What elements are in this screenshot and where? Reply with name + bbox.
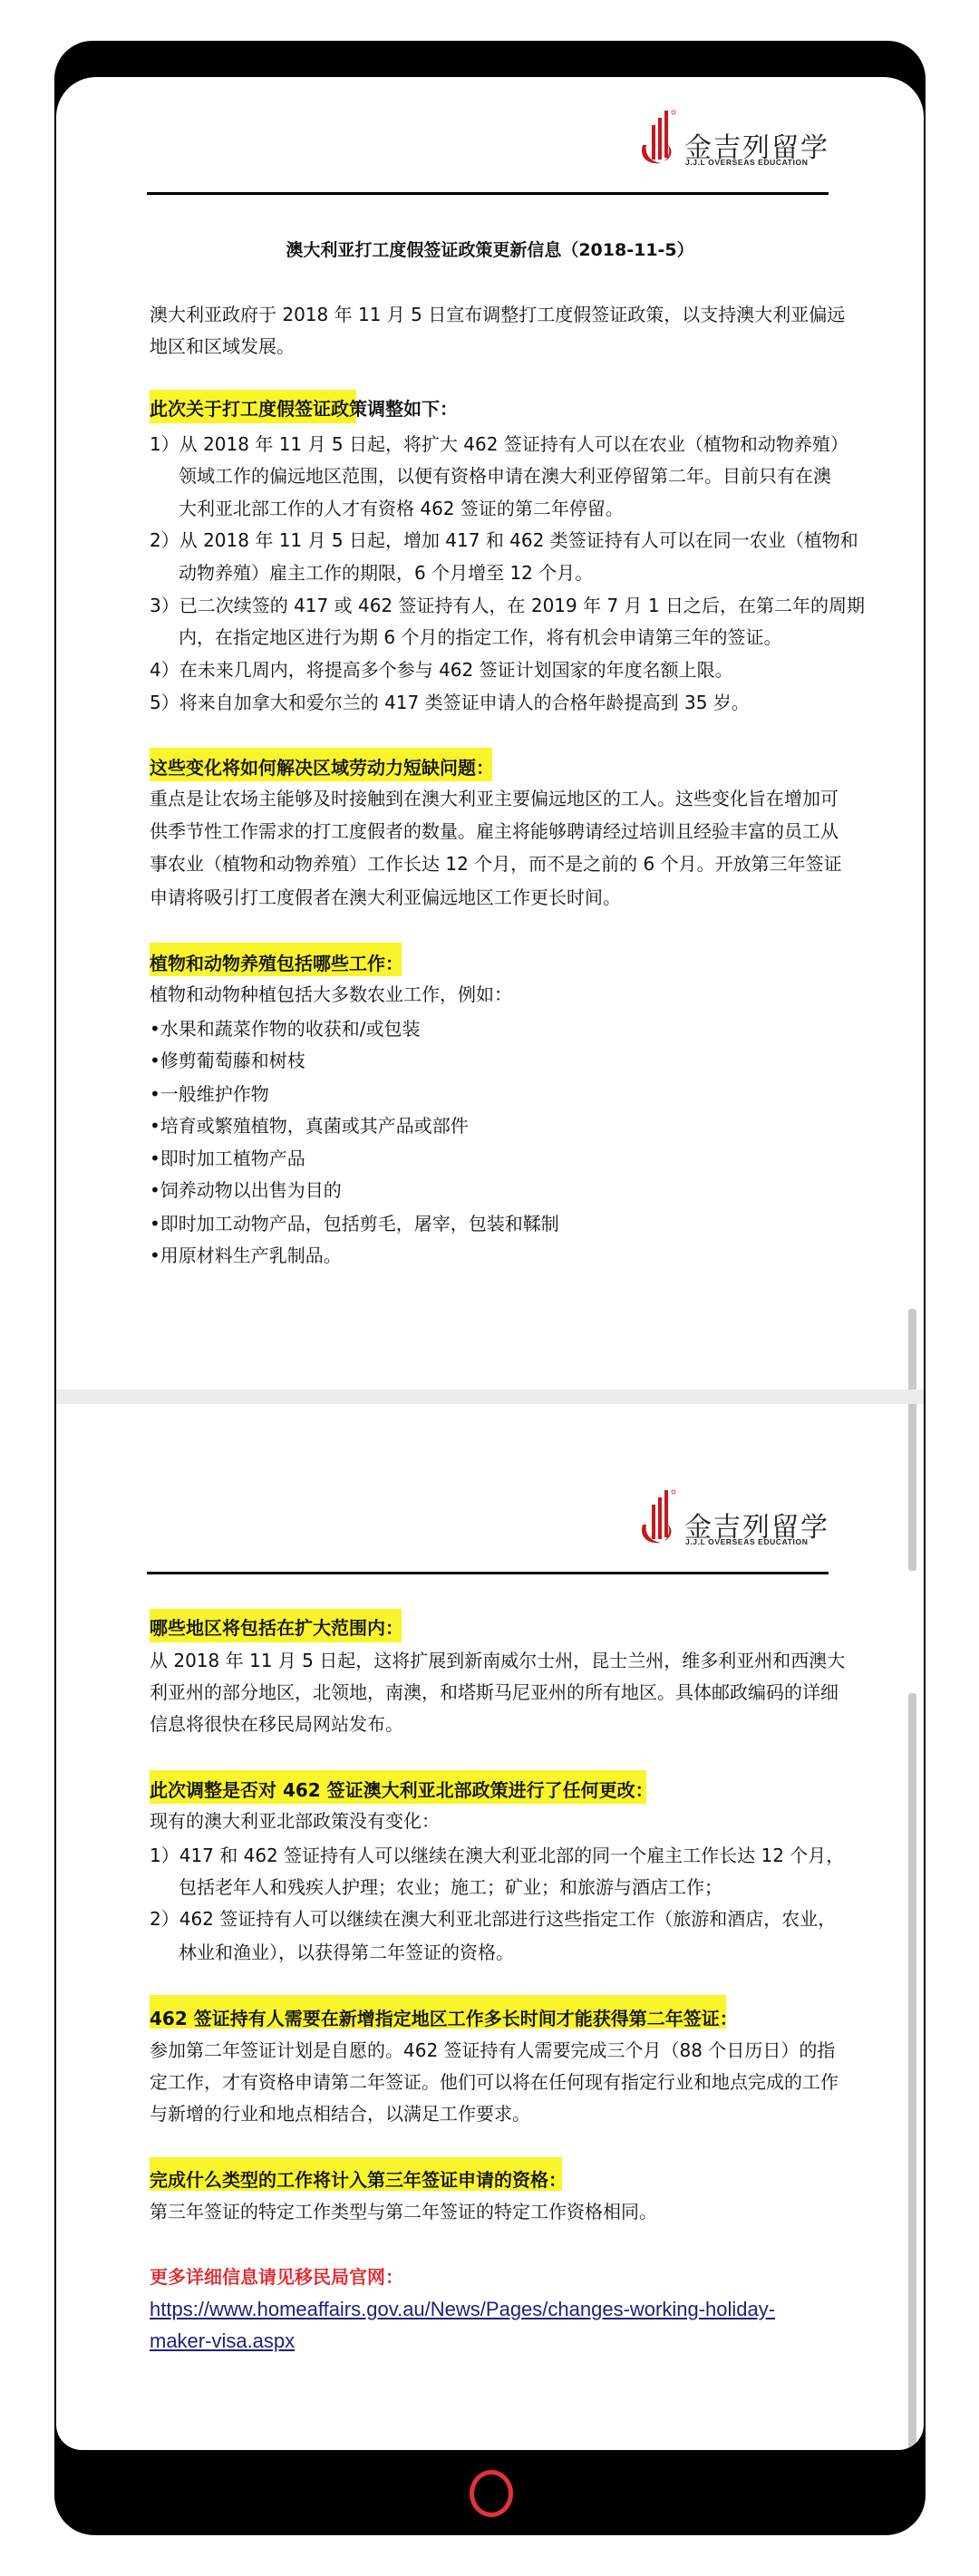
- paragraph-line: 信息将很快在移民局网站发布。: [150, 1711, 403, 1737]
- header-divider: [147, 192, 829, 195]
- list-item: 5）将来自加拿大和爱尔兰的 417 类签证申请人的合格年龄提高到 35 岁。: [150, 690, 750, 715]
- list-item: 2）从 2018 年 11 月 5 日起，增加 417 和 462 类签证持有人…: [150, 528, 858, 553]
- section-heading: 此次调整是否对 462 签证澳大利亚北部政策进行了任何更改：: [150, 1777, 654, 1803]
- intro-line: 澳大利亚政府于 2018 年 11 月 5 日宣布调整打工度假签证政策，以支持澳…: [150, 302, 845, 327]
- document-title: 澳大利亚打工度假签证政策更新信息（2018-11-5）: [56, 237, 924, 261]
- paragraph-line: 事农业（植物和动物养殖）工作长达 12 个月，而不是之前的 6 个月。开放第三年…: [150, 851, 842, 876]
- list-item: 2）462 签证持有人可以继续在澳大利亚北部进行这些指定工作（旅游和酒店，农业，: [150, 1906, 836, 1932]
- home-button[interactable]: [470, 2470, 513, 2517]
- list-item: 4）在未来几周内，将提高多个参与 462 签证计划国家的年度名额上限。: [150, 657, 733, 683]
- bullet-item: •培育或繁殖植物，真菌或其产品或部件: [150, 1113, 469, 1138]
- header-divider: [147, 1572, 829, 1574]
- brand-logo: 金吉列留学 J.J.L OVERSEAS EDUCATION: [637, 1488, 828, 1548]
- phone-screen: 金吉列留学 J.J.L OVERSEAS EDUCATION 澳大利亚打工度假签…: [56, 77, 924, 2450]
- list-item: 1）从 2018 年 11 月 5 日起，将扩大 462 签证持有人可以在农业（…: [150, 431, 848, 457]
- section-heading: 这些变化将如何解决区域劳动力短缺问题：: [150, 755, 494, 780]
- paragraph-line: 供季节性工作需求的打工度假者的数量。雇主将能够聘请经过培训且经验丰富的员工从: [150, 818, 838, 844]
- paragraph-line: 现有的澳大利亚北部政策没有变化：: [150, 1808, 440, 1834]
- bullet-item: •即时加工动物产品，包括剪毛，屠宰，包装和鞣制: [150, 1211, 559, 1236]
- section-heading: 此次关于打工度假签证政策调整如下：: [150, 396, 458, 421]
- brand-logo-icon: [637, 1488, 683, 1545]
- paragraph-line: 定工作，才有资格申请第二年签证。他们可以将在任何现有指定行业和地点完成的工作: [150, 2069, 838, 2095]
- list-item-cont: 大利亚北部工作的人才有资格 462 签证的第二年停留。: [179, 496, 624, 521]
- brand-name-en: J.J.L OVERSEAS EDUCATION: [685, 1537, 808, 1546]
- bullet-item: •修剪葡萄藤和树枝: [150, 1048, 305, 1073]
- bullet-item: •饲养动物以出售为目的: [150, 1177, 342, 1203]
- list-item: 3）已二次续签的 417 或 462 签证持有人，在 2019 年 7 月 1 …: [150, 593, 865, 618]
- homeaffairs-link-cont[interactable]: maker-visa.aspx: [150, 2329, 295, 2354]
- page-break: [56, 1390, 924, 1404]
- paragraph-line: 第三年签证的特定工作类型与第二年签证的特定工作资格相同。: [150, 2199, 657, 2224]
- paragraph-line: 利亚州的部分地区，北领地，南澳，和塔斯马尼亚州的所有地区。具体邮政编码的详细: [150, 1680, 838, 1705]
- list-item-cont: 领域工作的偏远地区范围，以便有资格申请在澳大利亚停留第二年。目前只有在澳: [179, 463, 831, 489]
- bullet-item: •即时加工植物产品: [150, 1146, 305, 1171]
- bullet-item: •一般维护作物: [150, 1081, 269, 1107]
- section-heading: 植物和动物养殖包括哪些工作：: [150, 951, 403, 976]
- paragraph-line: 申请将吸引打工度假者在澳大利亚偏远地区工作更长时间。: [150, 885, 621, 910]
- scrollbar-page1[interactable]: [908, 1309, 916, 1571]
- brand-name-en: J.J.L OVERSEAS EDUCATION: [685, 158, 808, 167]
- list-item-cont: 林业和渔业），以获得第二年签证的资格。: [179, 1940, 514, 1965]
- list-item-cont: 动物养殖）雇主工作的期限，6 个月增至 12 个月。: [179, 560, 593, 586]
- scrollbar-page2[interactable]: [908, 1693, 916, 2450]
- bullet-item: •水果和蔬菜作物的收获和/或包装: [150, 1016, 421, 1041]
- paragraph-line: 从 2018 年 11 月 5 日起，这将扩展到新南威尔士州，昆士兰州，维多利亚…: [150, 1648, 845, 1673]
- paragraph-line: 重点是让农场主能够及时接触到在澳大利亚主要偏远地区的工人。这些变化旨在增加可: [150, 786, 838, 811]
- homeaffairs-link[interactable]: https://www.homeaffairs.gov.au/News/Page…: [150, 2297, 775, 2322]
- paragraph-line: 参加第二年签证计划是自愿的。462 签证持有人需要完成三个月（88 个日历日）的…: [150, 2038, 835, 2063]
- section-heading: 462 签证持有人需要在新增指定地区工作多长时间才能获得第二年签证：: [150, 2006, 738, 2031]
- brand-logo-icon: [637, 109, 683, 165]
- list-item-cont: 内，在指定地区进行为期 6 个月的指定工作，将有机会申请第三年的签证。: [179, 625, 781, 650]
- bullet-item: •用原材料生产乳制品。: [150, 1243, 342, 1268]
- paragraph-line: 植物和动物种植包括大多数农业工作，例如：: [150, 982, 512, 1007]
- list-item: 1）417 和 462 签证持有人可以继续在澳大利亚北部的同一个雇主工作长达 1…: [150, 1843, 844, 1868]
- section-heading: 哪些地区将包括在扩大范围内：: [150, 1615, 403, 1641]
- paragraph-line: 与新增的行业和地点相结合，以满足工作要求。: [150, 2101, 530, 2126]
- list-item-cont: 包括老年人和残疾人护理；农业；施工；矿业；和旅游与酒店工作；: [179, 1874, 722, 1900]
- intro-line: 地区和区域发展。: [150, 334, 295, 359]
- section-heading: 完成什么类型的工作将计入第三年签证申请的资格：: [150, 2167, 567, 2193]
- brand-logo: 金吉列留学 J.J.L OVERSEAS EDUCATION: [637, 109, 828, 169]
- more-info-label: 更多详细信息请见移民局官网：: [150, 2264, 403, 2290]
